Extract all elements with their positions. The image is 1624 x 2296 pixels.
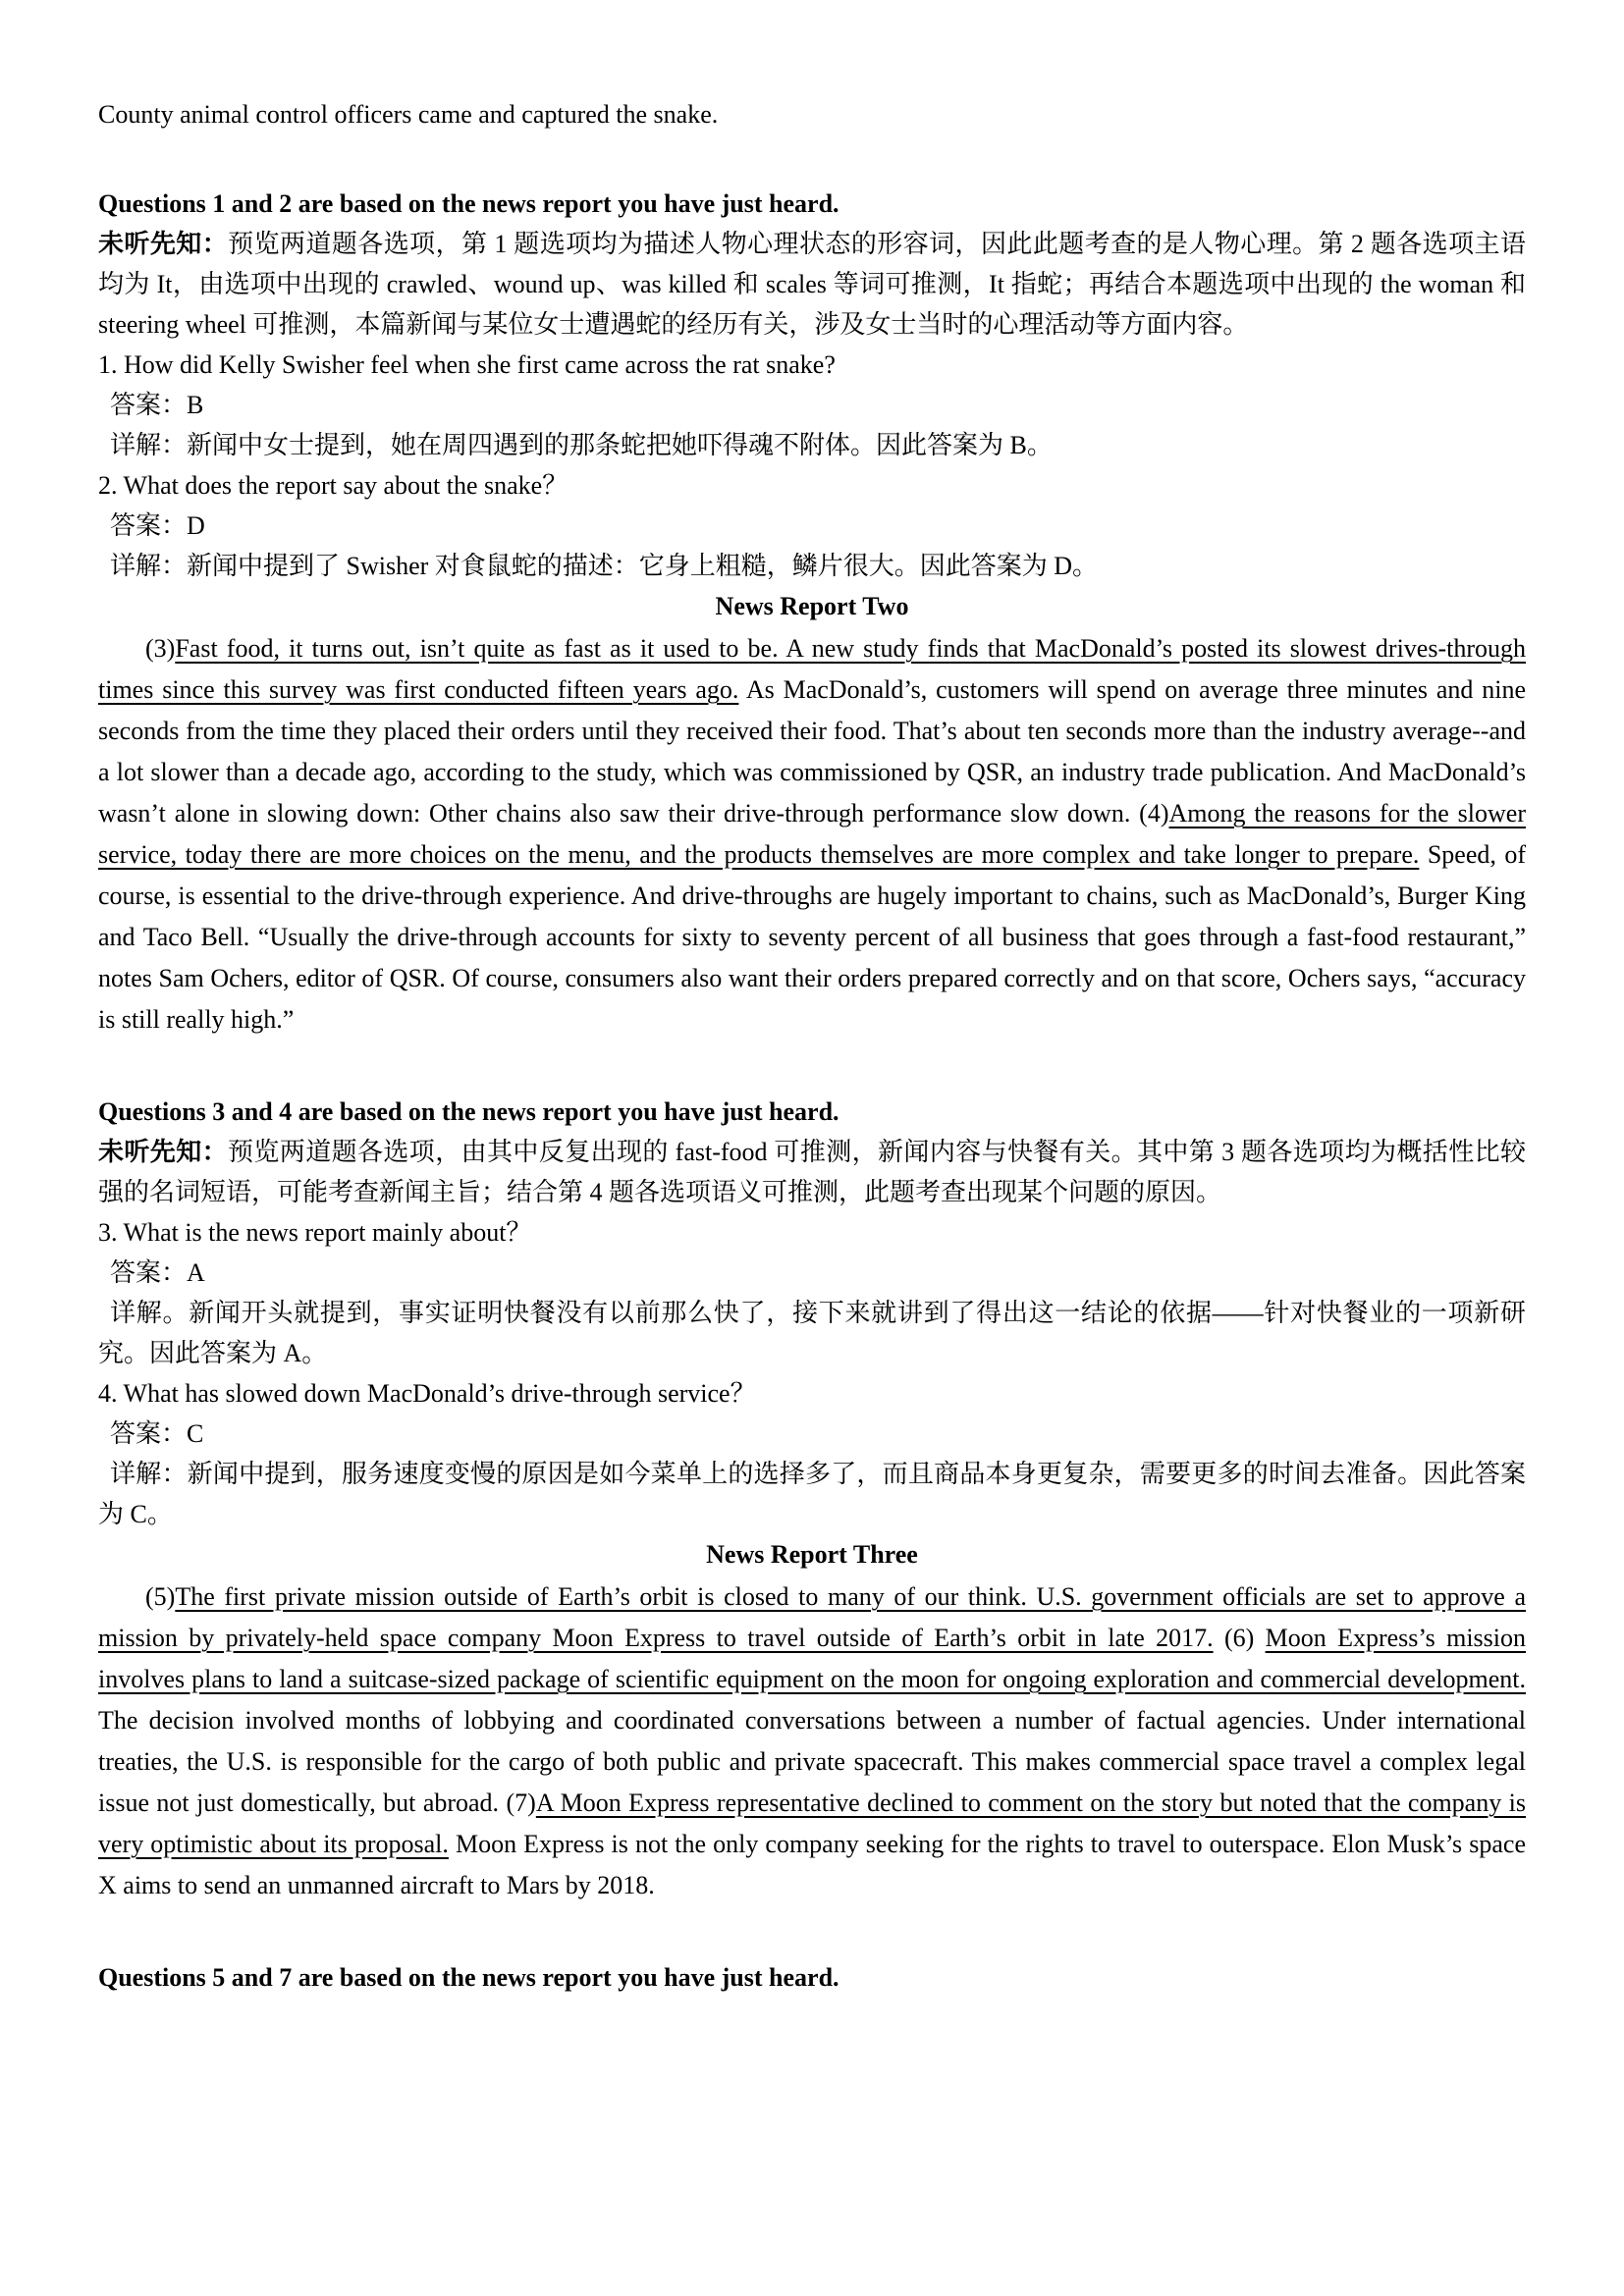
opening-sentence: County animal control officers came and … [98,94,1526,134]
plain-passage: (6) [1214,1624,1266,1652]
report3-title: News Report Three [98,1534,1526,1575]
answer-4: 答案：C [98,1414,1526,1454]
report2-paragraph: (3)Fast food, it turns out, isn’t quite … [98,628,1526,1041]
question-3: 3. What is the news report mainly about？ [98,1212,1526,1253]
report3-paragraph: (5)The first private mission outside of … [98,1576,1526,1906]
tip-label: 未听先知： [98,1138,228,1166]
explanation-1: 详解：新闻中女士提到，她在周四遇到的那条蛇把她吓得魂不附体。因此答案为 B。 [98,425,1526,465]
question-4: 4. What has slowed down MacDonald’s driv… [98,1373,1526,1414]
tip-text: 预览两道题各选项，第 1 题选项均为描述人物心理状态的形容词，因此此题考查的是人… [98,230,1526,339]
report2-title: News Report Two [98,586,1526,626]
answer-3: 答案：A [98,1253,1526,1293]
section2-heading: Questions 3 and 4 are based on the news … [98,1092,1526,1132]
question-2: 2. What does the report say about the sn… [98,465,1526,506]
explanation-4: 详解：新闻中提到，服务速度变慢的原因是如今菜单上的选择多了，而且商品本身更复杂，… [98,1454,1526,1534]
question-1: 1. How did Kelly Swisher feel when she f… [98,345,1526,385]
plain-passage: (5) [145,1582,175,1611]
plain-passage: (3) [145,634,175,663]
section2-tip-paragraph: 未听先知：预览两道题各选项，由其中反复出现的 fast-food 可推测，新闻内… [98,1132,1526,1212]
document-page: County animal control officers came and … [0,0,1624,2296]
answer-2: 答案：D [98,506,1526,546]
explanation-2: 详解：新闻中提到了 Swisher 对食鼠蛇的描述：它身上粗糙，鳞片很大。因此答… [98,546,1526,586]
tip-label: 未听先知： [98,230,228,258]
section3-heading: Questions 5 and 7 are based on the news … [98,1957,1526,1998]
answer-1: 答案：B [98,385,1526,425]
section1-heading: Questions 1 and 2 are based on the news … [98,184,1526,224]
section1-tip-paragraph: 未听先知：预览两道题各选项，第 1 题选项均为描述人物心理状态的形容词，因此此题… [98,224,1526,345]
tip-text: 预览两道题各选项，由其中反复出现的 fast-food 可推测，新闻内容与快餐有… [98,1138,1526,1206]
explanation-3: 详解。新闻开头就提到，事实证明快餐没有以前那么快了，接下来就讲到了得出这一结论的… [98,1293,1526,1373]
plain-passage: Speed, of course, is essential to the dr… [98,840,1526,1034]
